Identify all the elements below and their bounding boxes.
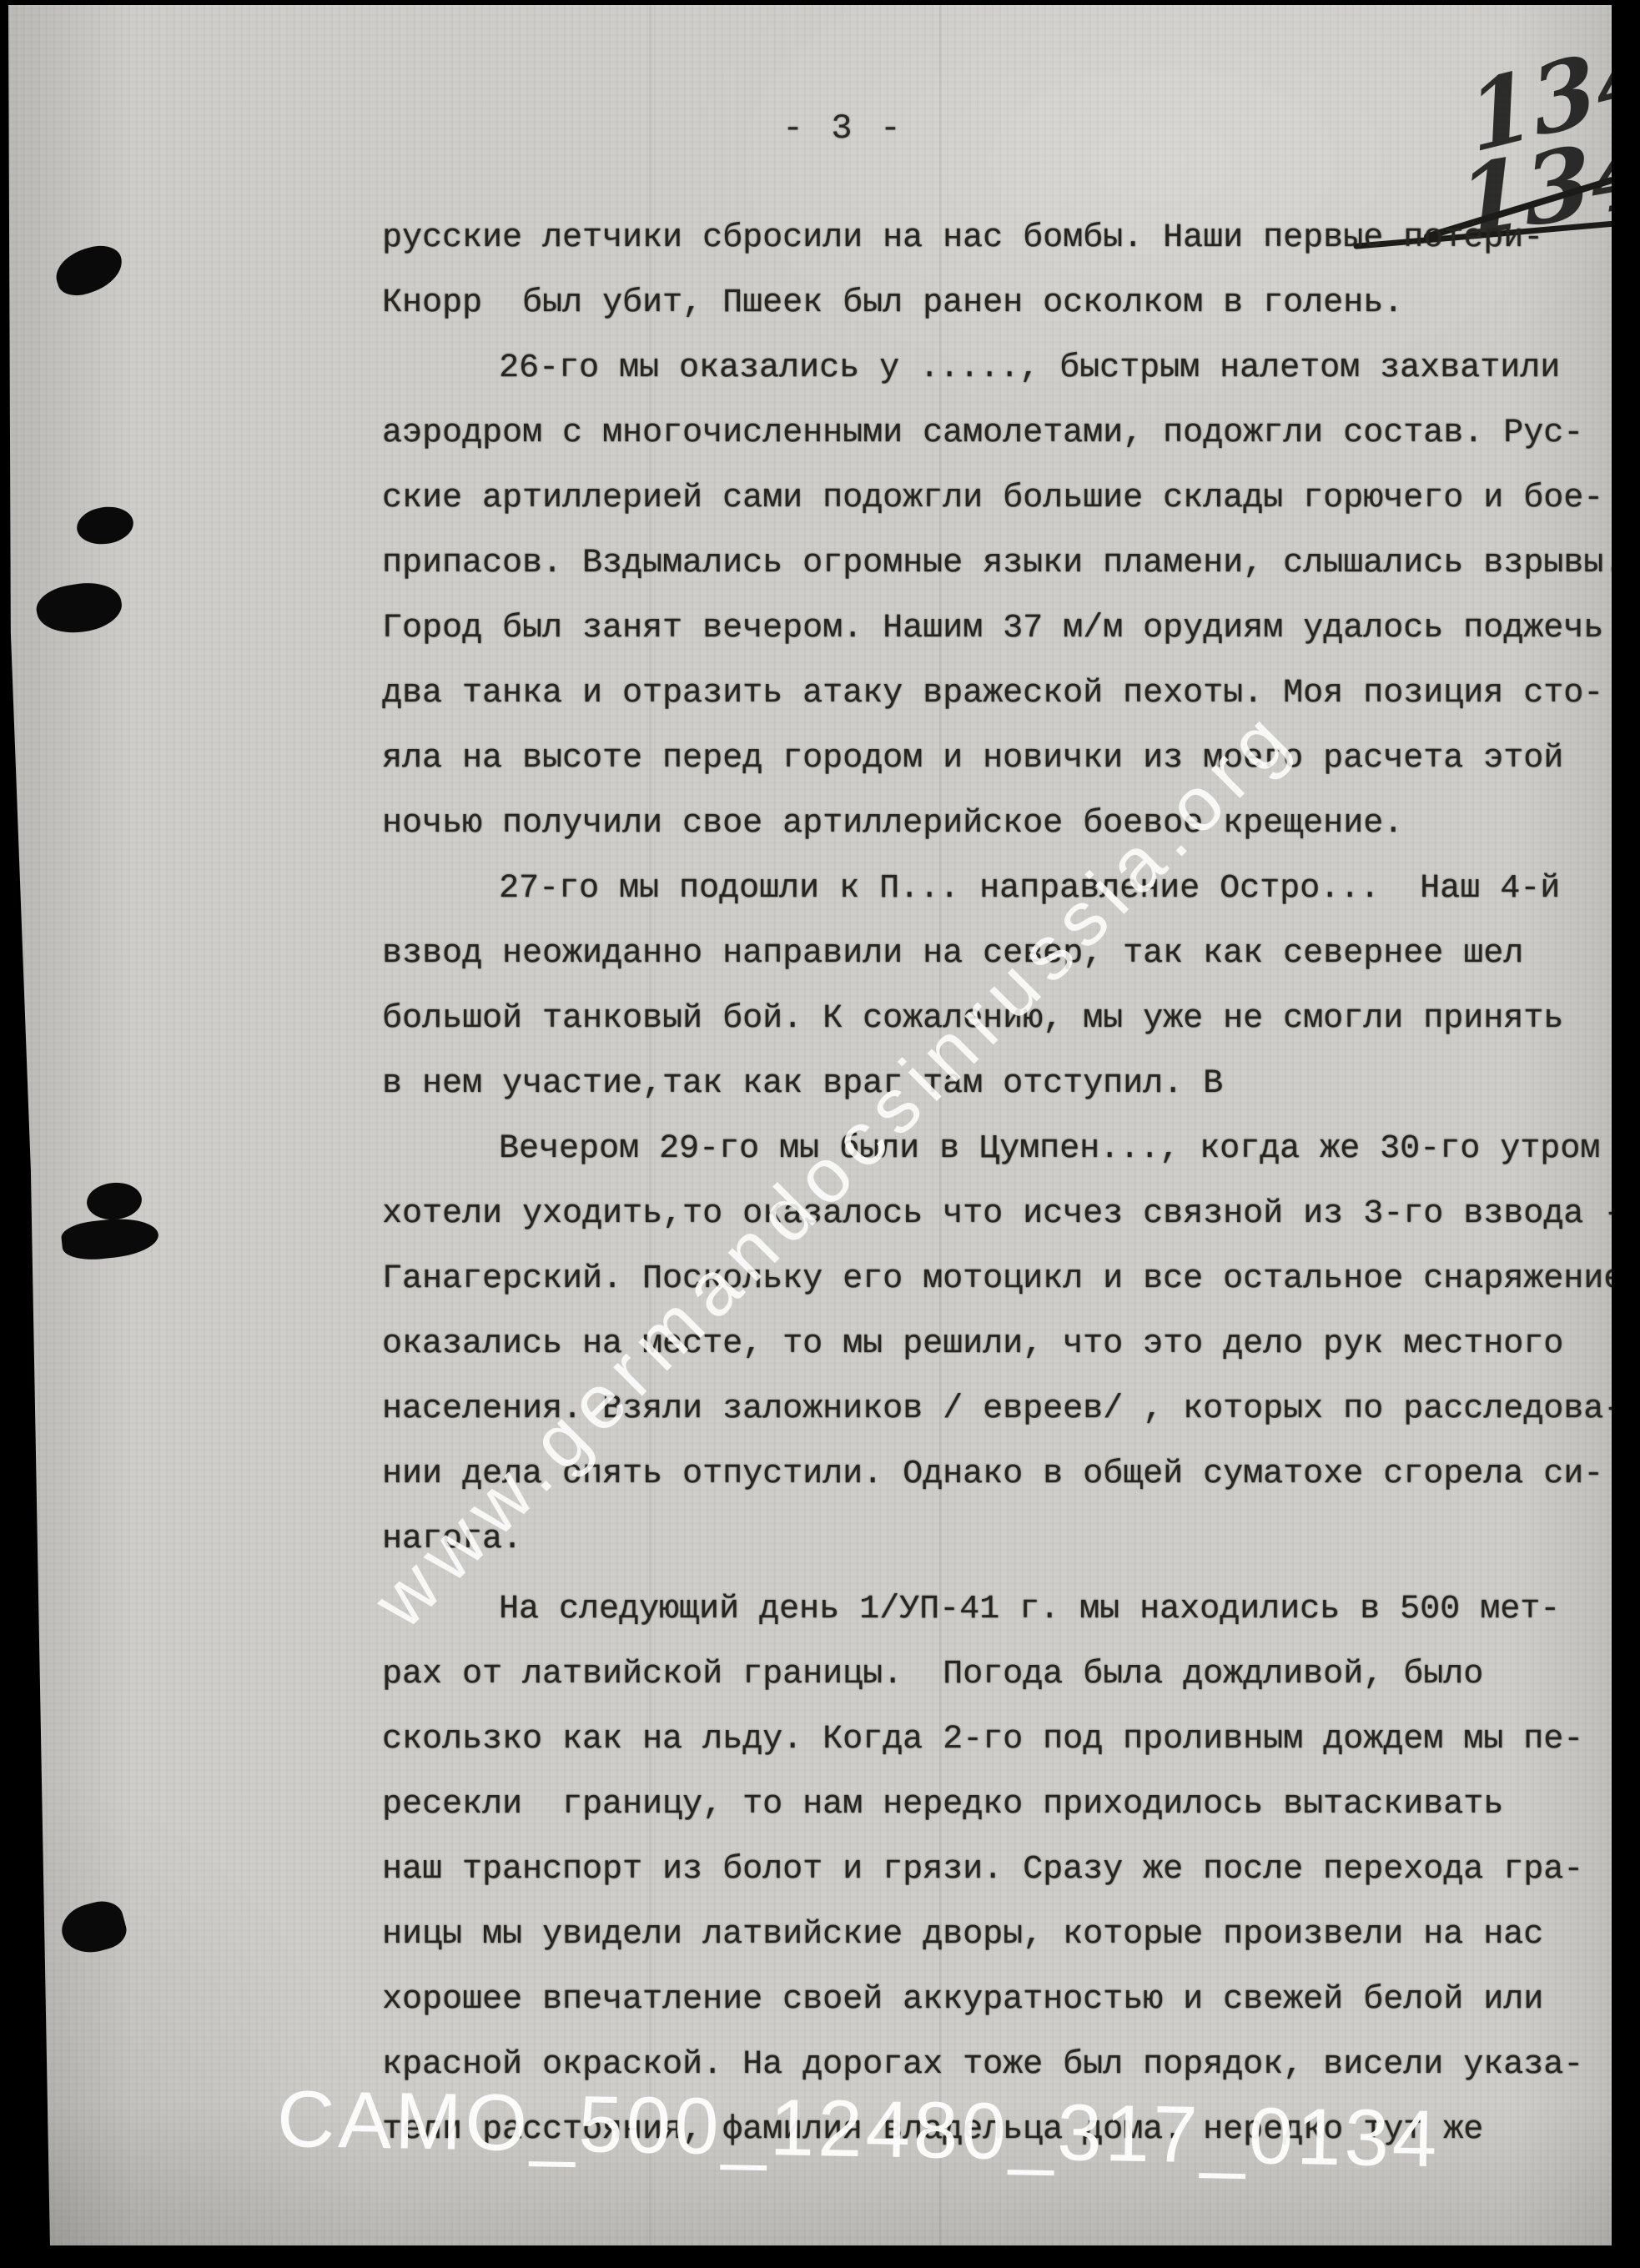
scanned-page: - 3 - 134 134 русские летчики сбросили н…	[0, 0, 1640, 2268]
typed-line: Ганагерский. Поскольку его мотоцикл и вс…	[382, 1260, 1612, 1300]
typed-line: два танка и отразить атаку вражеской пех…	[382, 674, 1603, 714]
typed-line: припасов. Вздымались огромные языки плам…	[382, 544, 1612, 584]
typed-line: 27-го мы подошли к П... направление Остр…	[382, 869, 1560, 909]
typed-line: русские летчики сбросили на нас бомбы. Н…	[382, 219, 1543, 259]
typed-line: аэродром с многочисленными самолетами, п…	[382, 414, 1583, 454]
typed-line: яла на высоте перед городом и новички из…	[382, 739, 1563, 779]
typed-line: в нем участие,так как враг там отступил.…	[382, 1064, 1223, 1104]
paper-sheet: - 3 - 134 134 русские летчики сбросили н…	[8, 5, 1612, 2245]
typed-line: 26-го мы оказались у ....., быстрым нале…	[382, 349, 1560, 389]
typed-text-block: русские летчики сбросили на нас бомбы. Н…	[8, 5, 1612, 2245]
typed-line: хотели уходить,то оказалось что исчез св…	[382, 1194, 1612, 1235]
typed-line: Кнорр был убит, Пшеек был ранен осколком…	[382, 284, 1403, 324]
typed-line: рах от латвийской границы. Погода была д…	[382, 1655, 1483, 1695]
typed-line: ресекли границу, то нам нередко приходил…	[382, 1785, 1503, 1825]
typed-line: ские артиллерией сами подожгли большие с…	[382, 479, 1603, 519]
typed-line: хорошее впечатление своей аккуратностью …	[382, 1980, 1543, 2020]
typed-line: взвод неожиданно направили на север, так…	[382, 934, 1523, 974]
typed-line: скользко как на льду. Когда 2-го под про…	[382, 1720, 1583, 1760]
typed-line: Город был занят вечером. Нашим 37 м/м ор…	[382, 609, 1603, 649]
typed-line: ницы мы увидели латвийские дворы, которы…	[382, 1915, 1543, 1955]
typed-line: оказались на месте, то мы решили, что эт…	[382, 1325, 1563, 1365]
typed-line: Вечером 29-го мы были в Цумпен..., когда…	[382, 1129, 1600, 1169]
typed-line: наш транспорт из болот и грязи. Сразу же…	[382, 1850, 1583, 1890]
typed-line: На следующий день 1/УП-41 г. мы находили…	[382, 1590, 1560, 1630]
